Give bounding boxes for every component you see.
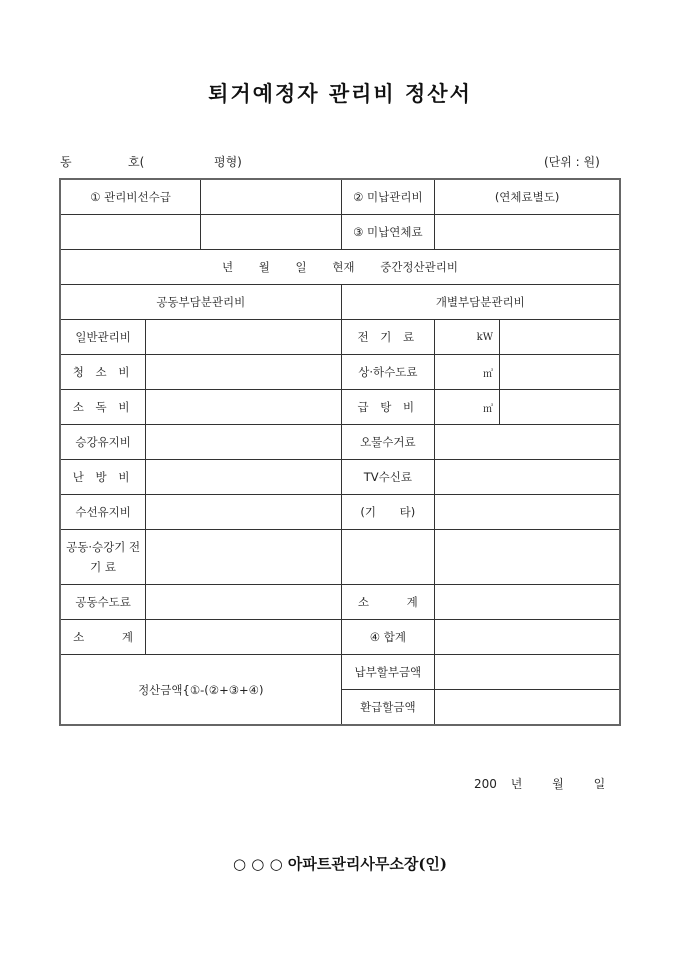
individual-item-value[interactable] bbox=[499, 390, 620, 425]
individual-item-label: (기 타) bbox=[341, 495, 435, 530]
signature-line: ○ ○ ○ 아파트관리사무소장(인) bbox=[0, 853, 680, 874]
common-item-value[interactable] bbox=[146, 320, 341, 355]
refund-amount-value[interactable] bbox=[435, 690, 620, 726]
unit-label: (단위 : 원) bbox=[544, 153, 600, 170]
individual-item-label bbox=[341, 530, 435, 585]
year-label: 년 bbox=[511, 777, 523, 791]
total-label: ④ 합계 bbox=[341, 620, 435, 655]
common-item-value[interactable] bbox=[146, 390, 341, 425]
unpaid-late-value[interactable] bbox=[435, 215, 620, 250]
day-label: 일 bbox=[594, 777, 606, 791]
individual-section-header: 개별부담분관리비 bbox=[341, 285, 620, 320]
current-date-row: 년 월 일 현재 중간정산관리비 bbox=[60, 250, 620, 285]
unit-m3: ㎥ bbox=[435, 390, 500, 425]
document-title: 퇴거예정자 관리비 정산서 bbox=[0, 78, 680, 108]
common-item-label: 공동·승강기 전 기 료 bbox=[60, 530, 146, 585]
unit-m3: ㎥ bbox=[435, 355, 500, 390]
individual-item-value[interactable] bbox=[435, 460, 620, 495]
common-item-label: 공동수도료 bbox=[60, 585, 146, 620]
pyeong-label: 평형) bbox=[214, 153, 242, 170]
total-value[interactable] bbox=[435, 620, 620, 655]
common-item-label: 난 방 비 bbox=[60, 460, 146, 495]
individual-item-label: 급 탕 비 bbox=[341, 390, 435, 425]
unit-kw: kW bbox=[435, 320, 500, 355]
individual-item-value[interactable] bbox=[435, 425, 620, 460]
common-section-header: 공동부담분관리비 bbox=[60, 285, 341, 320]
individual-subtotal-label: 소 계 bbox=[341, 585, 435, 620]
common-subtotal-value[interactable] bbox=[146, 620, 341, 655]
individual-subtotal-value[interactable] bbox=[435, 585, 620, 620]
pay-amount-label: 납부할부금액 bbox=[341, 655, 435, 690]
blank-cell[interactable] bbox=[201, 215, 341, 250]
prepaid-value[interactable] bbox=[201, 179, 341, 215]
common-item-label: 승강유지비 bbox=[60, 425, 146, 460]
common-item-value[interactable] bbox=[146, 460, 341, 495]
common-item-label: 일반관리비 bbox=[60, 320, 146, 355]
ho-label: 호( bbox=[128, 153, 144, 170]
individual-item-value[interactable] bbox=[499, 320, 620, 355]
common-item-value[interactable] bbox=[146, 585, 341, 620]
settlement-table: ① 관리비선수급 ② 미납관리비 (연체료별도) ③ 미납연체료 년 월 일 현… bbox=[59, 178, 621, 726]
pay-amount-value[interactable] bbox=[435, 655, 620, 690]
common-item-value[interactable] bbox=[146, 495, 341, 530]
common-item-value[interactable] bbox=[146, 530, 341, 585]
settlement-amount-label: 정산금액{①-(②+③+④) bbox=[60, 655, 341, 726]
blank-cell[interactable] bbox=[60, 215, 201, 250]
individual-item-value[interactable] bbox=[435, 530, 620, 585]
month-label: 월 bbox=[552, 777, 564, 791]
late-fee-note: (연체료별도) bbox=[435, 179, 620, 215]
refund-amount-label: 환급할금액 bbox=[341, 690, 435, 726]
individual-item-label: 오물수거료 bbox=[341, 425, 435, 460]
date-line: 200 년 월 일 bbox=[474, 775, 605, 792]
prepaid-label: ① 관리비선수급 bbox=[60, 179, 201, 215]
common-item-label: 소 독 비 bbox=[60, 390, 146, 425]
individual-item-label: TV수신료 bbox=[341, 460, 435, 495]
unpaid-label: ② 미납관리비 bbox=[341, 179, 435, 215]
common-item-label: 청 소 비 bbox=[60, 355, 146, 390]
year-prefix: 200 bbox=[474, 777, 497, 791]
individual-item-value[interactable] bbox=[435, 495, 620, 530]
common-subtotal-label: 소 계 bbox=[60, 620, 146, 655]
individual-item-label: 상·하수도료 bbox=[341, 355, 435, 390]
dong-label: 동 bbox=[60, 153, 72, 170]
common-item-value[interactable] bbox=[146, 355, 341, 390]
unpaid-late-label: ③ 미납연체료 bbox=[341, 215, 435, 250]
individual-item-value[interactable] bbox=[499, 355, 620, 390]
individual-item-label: 전 기 료 bbox=[341, 320, 435, 355]
common-item-value[interactable] bbox=[146, 425, 341, 460]
common-item-label: 수선유지비 bbox=[60, 495, 146, 530]
